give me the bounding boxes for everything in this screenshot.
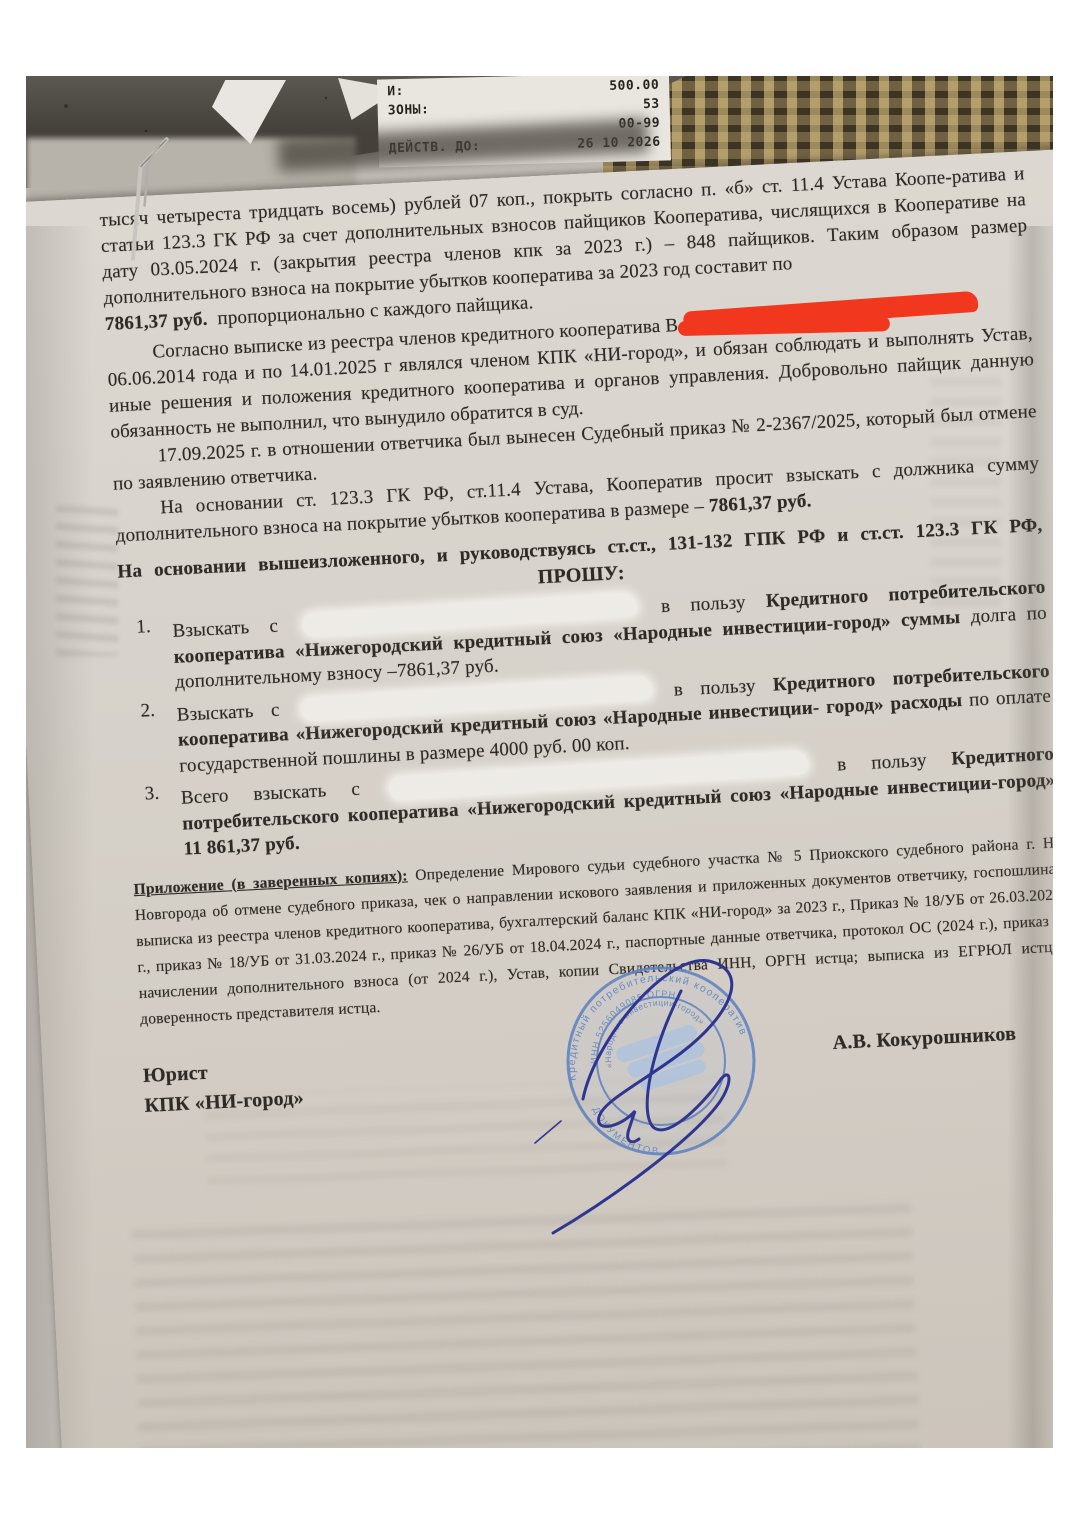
item-text: в пользу <box>673 675 756 700</box>
petition-list: 1. Взыскать с в пользу Кредитного потреб… <box>120 569 1053 865</box>
receipt-value: 53 <box>643 95 660 114</box>
receipt-label: ЗОНЫ: <box>388 100 430 120</box>
item-text: Взыскать с <box>176 699 280 725</box>
sum-per-member: 7861,37 руб. <box>104 309 208 335</box>
receipt-value: 500.00 <box>609 76 659 96</box>
item-number: 3. <box>144 781 160 807</box>
item-number: 1. <box>136 614 152 640</box>
attachments-label: Приложение (в заверенных копиях): <box>133 867 408 898</box>
page: И: 500.00 ЗОНЫ: 53 00-99 ДЕЙСТВ. ДО: 26 … <box>0 0 1080 1528</box>
item-number: 2. <box>140 697 156 723</box>
receipt-label: И: <box>387 82 404 101</box>
item-text: в пользу <box>837 750 927 775</box>
signer-name: А.В. Кокурошников <box>832 1022 1018 1085</box>
item-text: Всего взыскать с <box>180 779 360 809</box>
seal-and-signature: Кредитный потребительский кооператив ДОК… <box>531 931 831 1291</box>
claim-sum: 7861,37 руб. <box>708 490 812 516</box>
item-text: в пользу <box>661 592 747 617</box>
photo-of-document: И: 500.00 ЗОНЫ: 53 00-99 ДЕЙСТВ. ДО: 26 … <box>26 76 1053 1448</box>
round-seal-stamp-icon: Кредитный потребительский кооператив ДОК… <box>531 931 831 1291</box>
item-text: Взыскать с <box>172 616 279 642</box>
signer-role: Юрист КПК «НИ-город» <box>142 1052 304 1120</box>
